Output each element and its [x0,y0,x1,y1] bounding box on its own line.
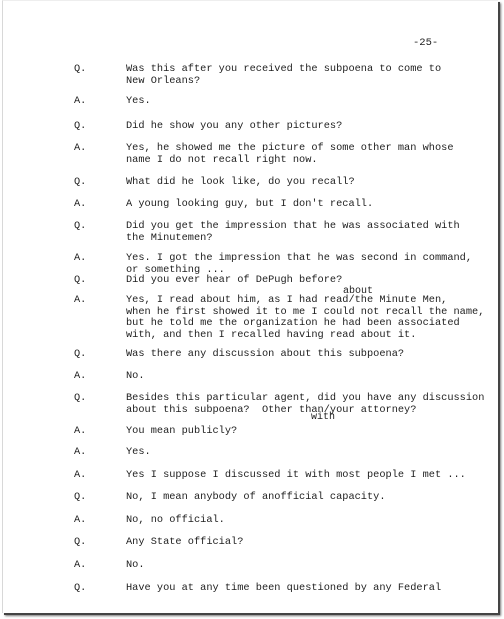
transcript-line: No, no official. [126,515,225,526]
speaker-label: Q. [74,393,86,404]
speaker-label: A. [74,426,86,437]
transcript-line: A young looking guy, but I don't recall. [126,199,373,210]
speaker-label: Q. [74,221,86,232]
transcript-line: Yes, I read about him, as I had read/the… [126,295,447,306]
transcript-line: about this subpoena? Other than/your att… [126,405,416,416]
transcript-line: What did he look like, do you recall? [126,177,355,188]
interlineation-about: about [343,286,373,297]
speaker-label: Q. [74,275,86,286]
transcript-line: Have you at any time been questioned by … [126,583,441,594]
speaker-label: Q. [74,583,86,594]
speaker-label: A. [74,295,86,306]
transcript-line: No, I mean anybody of anofficial capacit… [126,492,386,503]
transcript-line: No. [126,560,145,571]
transcript-line: Yes. I got the impression that he was se… [126,253,472,264]
transcript-line: Was there any discussion about this subp… [126,349,404,360]
document-page: -25- Q.Was this after you received the s… [2,0,498,613]
transcript-line: Was this after you received the subpoena… [126,64,441,75]
transcript-line: Yes, he showed me the picture of some ot… [126,143,454,154]
speaker-label: A. [74,199,86,210]
speaker-label: A. [74,96,86,107]
speaker-label: A. [74,470,86,481]
transcript-line: Besides this particular agent, did you h… [126,393,484,404]
speaker-label: Q. [74,177,86,188]
speaker-label: Q. [74,537,86,548]
transcript-line: No. [126,371,145,382]
transcript-line: with, and then I recalled having read ab… [126,330,416,341]
transcript-line: Yes. [126,447,151,458]
interlineation-with: with [311,412,335,423]
speaker-label: A. [74,253,86,264]
speaker-label: A. [74,143,86,154]
speaker-label: Q. [74,121,86,132]
transcript-line: Did you get the impression that he was a… [126,221,460,232]
speaker-label: A. [74,560,86,571]
transcript-line: Yes. [126,96,151,107]
speaker-label: Q. [74,349,86,360]
speaker-label: A. [74,371,86,382]
transcript-line: Did you ever hear of DePugh before? [126,275,342,286]
page-number: -25- [413,37,438,49]
transcript-line: Did he show you any other pictures? [126,121,342,132]
transcript-line: name I do not recall right now. [126,155,318,166]
transcript-line: Any State official? [126,537,243,548]
speaker-label: A. [74,515,86,526]
speaker-label: A. [74,447,86,458]
transcript-line: New Orleans? [126,76,200,87]
transcript-line: Yes I suppose I discussed it with most p… [126,470,466,481]
transcript-line: You mean publicly? [126,426,237,437]
transcript-line: the Minutemen? [126,233,213,244]
speaker-label: Q. [74,64,86,75]
speaker-label: Q. [74,492,86,503]
transcript-line: but he told me the organization he had b… [126,318,460,329]
